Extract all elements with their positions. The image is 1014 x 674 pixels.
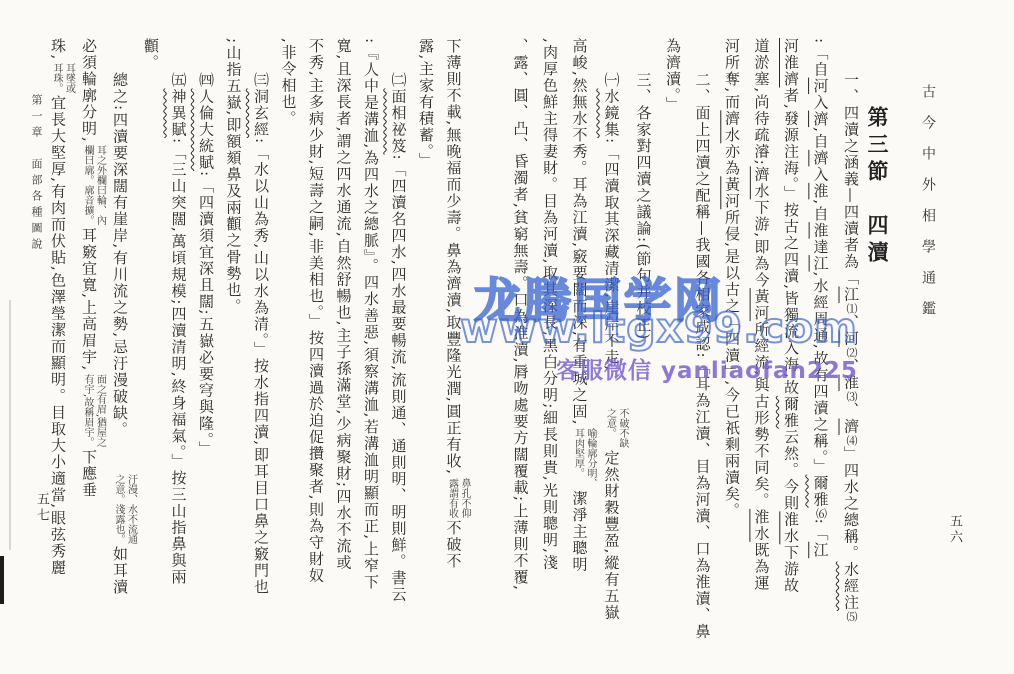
interlinear-note: 面之有眉,猶屋之有宇,故稱眉宇。 xyxy=(81,374,106,447)
text-run: 亦為 xyxy=(723,143,741,176)
text-run: ,肉厚色鮮主得妻財。目為河瀆,取其深長,黑白分明;細長則貴,光則聰明,淺 xyxy=(541,38,559,571)
book-title: 水鏡集 xyxy=(603,89,621,139)
text-run: 、露、圓、凸、昏濁者,貧窮無壽。口為淮瀆,脣吻處要方闊覆載;上薄則不覆, xyxy=(512,38,530,591)
text-column: 必須輪廓分明,耳之外欄曰輪、內欄曰廓。廓音擴。耳竅宜寬,上高眉宇,面之有眉,猶屋… xyxy=(75,38,106,664)
book-title: 爾雅 xyxy=(812,475,830,508)
text-run: 不破不 xyxy=(445,520,463,570)
interlinear-note: 耳墜或耳珠。 xyxy=(50,63,75,93)
text-run: 、 xyxy=(842,402,860,419)
proper-noun: 淮水 xyxy=(753,509,771,542)
text-column: ㈠水鏡集:「四瀆取其深藏清潔,崖岸不走,不破不缺之意。定然財穀豐盈,縱有五嶽 xyxy=(596,38,628,664)
text-run: 珠, xyxy=(49,38,67,61)
text-run: 耳竅宜寬,上高眉宇, xyxy=(80,227,98,372)
book-title: 爾雅 xyxy=(782,396,800,429)
footnote-marker: ⑴ xyxy=(845,303,858,314)
text-column: 高峻,然無水不秀。耳為江瀆,竅要闊而深,有重城之固,喻輪廓分明、耳肉堅厚。潔淨主… xyxy=(564,38,596,664)
left-page-text: 下薄則不載,無晚福而少壽。鼻為濟瀆,取豐隆光潤,圓正有收,鼻孔不仰露謂有收不破不… xyxy=(44,38,471,664)
section-title: 第三節 四瀆 xyxy=(862,106,892,268)
running-header-book-title: 古今中外相學通鑑 xyxy=(918,84,938,332)
text-column: 珠,耳墜或耳珠。宜長大堅厚,有肉而伏貼,色澤瑩潔而顯明。目取大小適當,眼弦秀麗 xyxy=(44,38,75,664)
text-run: 必須輪廓分明, xyxy=(80,38,98,143)
text-run: 所經流,與古形勢不同矣。 xyxy=(753,321,771,509)
footnote-marker: ⑵ xyxy=(845,347,858,358)
text-column: 二、面上四瀆之配稱—我國各相家咸認:「耳為江瀆、目為河瀆、口為淮瀆、鼻 xyxy=(687,38,717,664)
text-run: 露,主家有積蓄。」 xyxy=(417,38,435,169)
text-run: ,非令相也。 xyxy=(280,38,298,127)
interlinear-note: 鼻孔不仰露謂有收 xyxy=(445,478,470,518)
text-run: 如耳瀆 xyxy=(111,546,129,596)
interlinear-note: 汙漫、水不流通之意。淺露也。 xyxy=(112,440,137,544)
text-run: 高峻,然無水不秀。耳為江瀆,竅要闊而深,有重城之固, xyxy=(571,38,589,426)
text-run: ,自 xyxy=(812,127,830,150)
text-run: ㈤ xyxy=(170,72,188,89)
text-column: 露,主家有積蓄。」 xyxy=(412,38,440,664)
text-column: 三、各家對四瀆之議論:(節句并校正) xyxy=(628,38,658,664)
scan-edge-artifact xyxy=(0,556,4,604)
book-title: 神異賦 xyxy=(170,89,188,139)
text-column: :「自河入濟,自濟入淮,自淮達江,水經周通,故有四瀆之稱。」爾雅⑹:「江 xyxy=(805,38,836,664)
book-title: 水經注 xyxy=(842,562,860,612)
text-column: 、露、圓、凸、昏濁者,貧窮無壽。口為淮瀆,脣吻處要方闊覆載;上薄則不覆, xyxy=(505,38,535,664)
proper-noun: 淮 xyxy=(812,183,830,200)
text-column: 下薄則不載,無晚福而少壽。鼻為濟瀆,取豐隆光潤,圓正有收,鼻孔不仰露謂有收不破不 xyxy=(439,38,470,664)
proper-noun: 淮 xyxy=(812,222,830,239)
interlinear-note: 耳之外欄曰輪、內欄曰廓。廓音擴。 xyxy=(81,145,106,225)
text-column: ;山指五嶽,即額頦鼻及兩顴之骨勢也。 xyxy=(219,38,247,664)
text-run: 潔淨主聰明 xyxy=(571,490,589,573)
book-title: 洞玄經 xyxy=(252,89,270,139)
proper-noun: 河 xyxy=(812,78,830,95)
footnote-marker: ⑶ xyxy=(845,391,858,402)
text-run: :「四瀆須宜深且闊;五嶽必要穹與隆。」 xyxy=(197,171,215,457)
text-run: :「 xyxy=(812,519,830,542)
text-run: ㈢ xyxy=(252,72,270,89)
footnote-marker: ⑸ xyxy=(845,611,858,622)
text-run: 下應垂 xyxy=(80,449,98,499)
text-column: 為濟瀆。」 xyxy=(658,38,688,664)
text-run: 云然。今則 xyxy=(782,429,800,512)
page-number-right: 五六 xyxy=(945,514,964,546)
text-run: :「自 xyxy=(812,38,830,78)
book-title: 人倫大統賦 xyxy=(197,89,215,172)
text-run: 者,發源注海。」按古之四瀆,皆獨流入海,故 xyxy=(782,88,800,396)
text-run: 三、各家對四瀆之議論:(節句并校正) xyxy=(635,72,653,341)
text-run: 一、四瀆之涵義—四瀆者為「 xyxy=(842,72,860,287)
text-column: 總之:四瀆要深闊有崖岸,有川流之勢,忌汙漫破缺。汙漫、水不流通之意。淺露也。如耳… xyxy=(106,38,137,664)
text-column: 河所奪,而濟水亦為黃河所侵,是以古之「四瀆」,今已祇剩兩瀆矣。 xyxy=(717,38,747,664)
text-run: ;山指五嶽,即額頦鼻及兩顴之骨勢也。 xyxy=(225,38,243,315)
page-number-left: 五七 xyxy=(32,492,51,524)
text-column: 不秀,主多病少財,短壽之嗣,非美相也。」按四瀆過於迫促攢聚者,則為守財奴 xyxy=(302,38,330,664)
text-run: 入 xyxy=(812,94,830,111)
text-column: 顴。 xyxy=(137,38,165,664)
text-column: ,肉厚色鮮主得妻財。目為河瀆,取其深長,黑白分明;細長則貴,光則聰明,淺 xyxy=(535,38,565,664)
text-run: :「四瀆取其深藏清潔,崖岸不走, xyxy=(603,138,621,372)
text-column: 寬,且深長者,謂之四水通流,自然舒暢也,主子孫滿堂,少病聚財;四水不流或 xyxy=(329,38,357,664)
text-run: 、 xyxy=(842,314,860,331)
proper-noun: 濟 xyxy=(842,419,860,436)
proper-noun: 江 xyxy=(842,287,860,304)
text-run: :「水以山為秀,山以水為清。」按水指四瀆,即耳目口鼻之竅門也 xyxy=(252,138,270,595)
text-run: 為濟瀆。」 xyxy=(664,38,682,113)
proper-noun: 黃河 xyxy=(723,176,741,209)
proper-noun: 河 xyxy=(842,331,860,348)
text-run: 下游故 xyxy=(782,544,800,594)
text-run: 下薄則不載,無晚福而少壽。鼻為濟瀆,取豐隆光潤,圓正有收, xyxy=(445,38,463,476)
proper-noun: 河淮濟 xyxy=(782,38,800,88)
proper-noun: 黃河 xyxy=(753,288,771,321)
proper-noun: 江 xyxy=(812,255,830,272)
proper-noun: 濟水 xyxy=(723,110,741,143)
proper-noun: 濟水 xyxy=(753,166,771,199)
running-header-chapter: 第一章 面部各種圖說 xyxy=(28,94,44,254)
text-run: ,水經周通,故有四瀆之稱。」 xyxy=(812,272,830,475)
text-run: :『人中是溝洫,為四水之總脈』。四水善惡,須察溝洫,若溝洫明顯而正,上窄下 xyxy=(362,38,380,590)
footnote-marker: ⑷ xyxy=(845,435,858,446)
text-run: 所侵,是以古之「四瀆」,今已祇剩兩瀆矣。 xyxy=(723,209,741,519)
text-column: ㈡面相祕笈:「四瀆名四水,四水最要暢流,流則通、通則明、明則鮮。書云 xyxy=(384,38,412,664)
text-column: ㈢洞玄經:「水以山為秀,山以水為清。」按水指四瀆,即耳目口鼻之竅門也 xyxy=(247,38,275,664)
text-run: ,自 xyxy=(812,199,830,222)
text-column: 道淤塞,尚待疏濬;濟水下游,即為今黃河所經流,與古形勢不同矣。淮水既為運 xyxy=(746,38,776,664)
text-run: ㈡ xyxy=(390,72,408,89)
text-run: 入 xyxy=(812,166,830,183)
text-run: 宜長大堅厚,有肉而伏貼,色澤瑩潔而顯明。目取大小適當,眼弦秀麗 xyxy=(49,95,67,576)
proper-noun: 濟 xyxy=(812,150,830,167)
scan-fold-line xyxy=(9,300,11,550)
book-title: 面相祕笈 xyxy=(390,89,408,155)
text-run: 下游,即為今 xyxy=(753,199,771,288)
text-run: 達 xyxy=(812,239,830,256)
text-run: 道淤塞,尚待疏濬; xyxy=(753,38,771,166)
text-run: 寬,且深長者,謂之四水通流,自然舒暢也,主子孫滿堂,少病聚財;四水不流或 xyxy=(335,38,353,571)
right-page-text: 一、四瀆之涵義—四瀆者為「江⑴、河⑵、淮⑶、濟⑷」四水之總稱。水經注⑸:「自河入… xyxy=(505,38,866,664)
proper-noun: 江 xyxy=(812,542,830,559)
text-run: ㈣ xyxy=(197,72,215,89)
proper-noun: 濟 xyxy=(812,111,830,128)
interlinear-note: 喻輪廓分明、耳肉堅厚。 xyxy=(571,428,596,488)
text-run: :「三山突闊,萬頃規模;四瀆清明,終身福氣。」按三山指鼻與兩 xyxy=(170,138,188,585)
text-run: :「四瀆名四水,四水最要暢流,流則通、通則明、明則鮮。書云 xyxy=(390,155,408,603)
text-run: 、 xyxy=(842,358,860,375)
text-run: 二、面上四瀆之配稱—我國各相家咸認:「耳為江瀆、目為河瀆、口為淮瀆、鼻 xyxy=(694,72,712,640)
text-column: 一、四瀆之涵義—四瀆者為「江⑴、河⑵、淮⑶、濟⑷」四水之總稱。水經注⑸ xyxy=(836,38,867,664)
text-column: ㈣人倫大統賦:「四瀆須宜深且闊;五嶽必要穹與隆。」 xyxy=(192,38,220,664)
text-run: 總之:四瀆要深闊有崖岸,有川流之勢,忌汙漫破缺。 xyxy=(111,72,129,438)
text-run: 不秀,主多病少財,短壽之嗣,非美相也。」按四瀆過於迫促攢聚者,則為守財奴 xyxy=(307,38,325,584)
text-run: 顴。 xyxy=(142,38,160,71)
text-column: :『人中是溝洫,為四水之總脈』。四水善惡,須察溝洫,若溝洫明顯而正,上窄下 xyxy=(357,38,385,664)
proper-noun: 淮水 xyxy=(782,511,800,544)
text-column: ㈤神異賦:「三山突闊,萬頃規模;四瀆清明,終身福氣。」按三山指鼻與兩 xyxy=(164,38,192,664)
text-run: ㈠ xyxy=(603,72,621,89)
interlinear-note: 不破不缺之意。 xyxy=(603,374,628,448)
text-run: 定然財穀豐盈,縱有五嶽 xyxy=(603,450,621,621)
scanned-book-spread: 古今中外相學通鑑 第三節 四瀆 一、四瀆之涵義—四瀆者為「江⑴、河⑵、淮⑶、濟⑷… xyxy=(0,0,1014,674)
text-run: 既為運 xyxy=(753,542,771,592)
text-column: 河淮濟者,發源注海。」按古之四瀆,皆獨流入海,故爾雅云然。今則淮水下游故 xyxy=(776,38,806,664)
text-run: 河所奪,而 xyxy=(723,38,741,110)
footnote-marker: ⑹ xyxy=(815,508,828,519)
text-run: 」四水之總稱。 xyxy=(842,446,860,562)
proper-noun: 淮 xyxy=(842,375,860,392)
text-column: ,非令相也。 xyxy=(274,38,302,664)
